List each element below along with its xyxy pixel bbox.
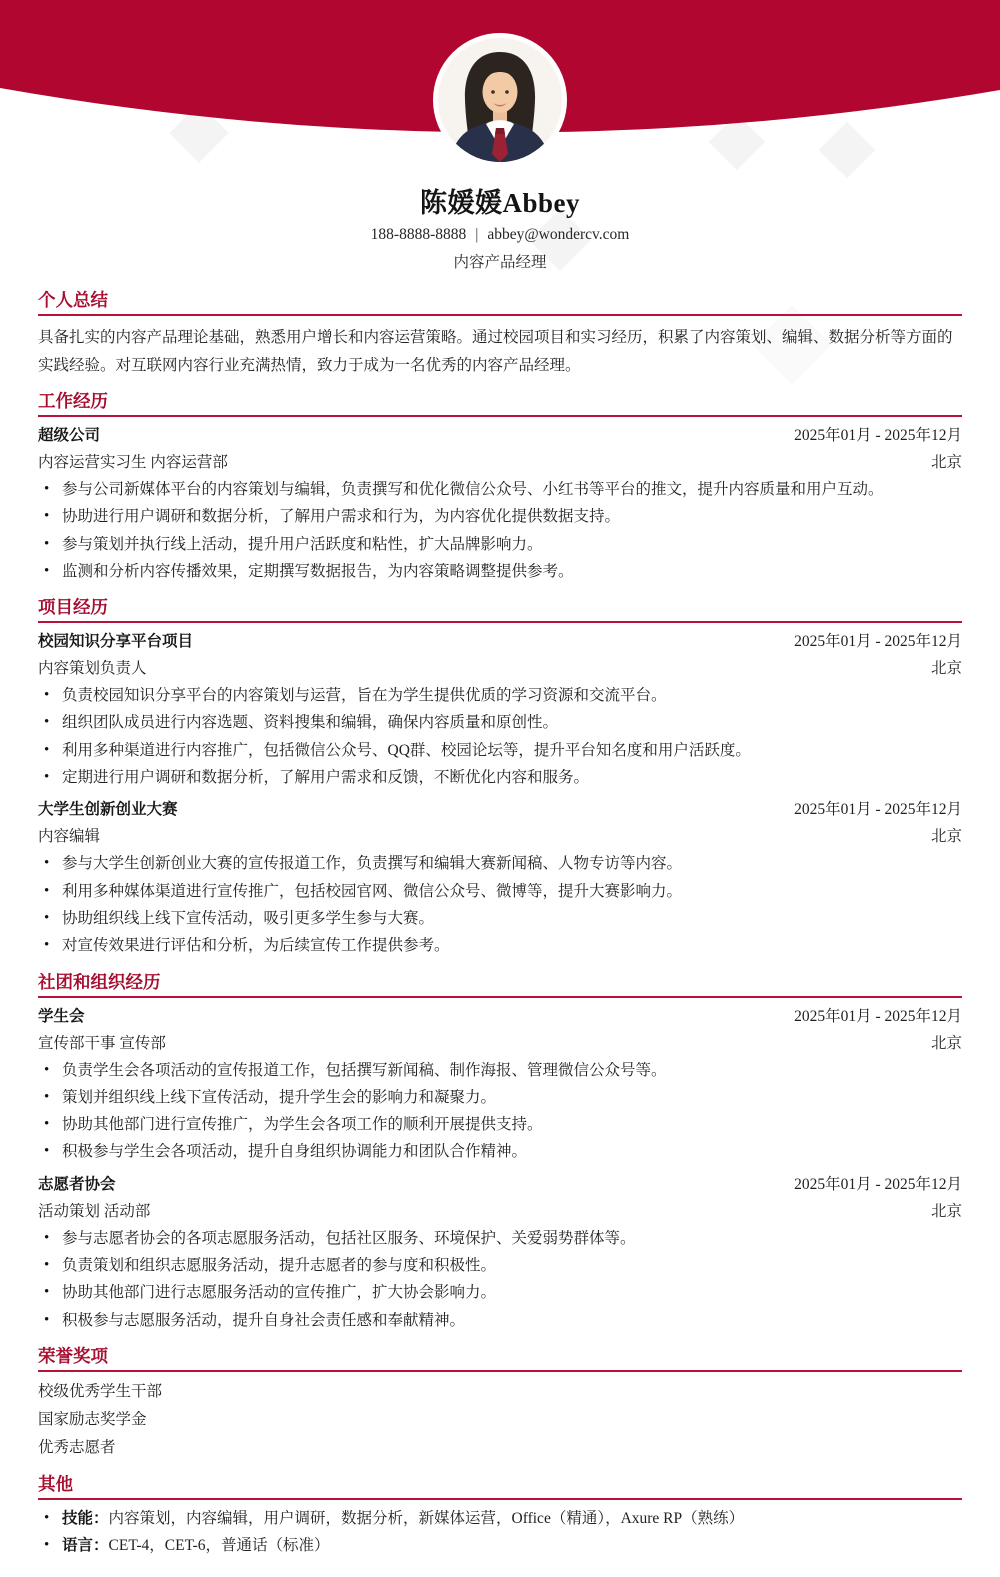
entry-role: 活动策划 活动部 — [38, 1198, 150, 1225]
bullet-item: 参与大学生创新创业大赛的宣传报道工作，负责撰写和编辑大赛新闻稿、人物专访等内容。 — [38, 850, 962, 877]
bullet-item: 协助进行用户调研和数据分析，了解用户需求和行为，为内容优化提供数据支持。 — [38, 503, 962, 530]
summary-text: 具备扎实的内容产品理论基础，熟悉用户增长和内容运营策略。通过校园项目和实习经历，… — [38, 324, 962, 379]
skill-text: 内容策划，内容编辑，用户调研，数据分析，新媒体运营，Office（精通），Axu… — [109, 1510, 745, 1527]
skill-label: 技能： — [62, 1510, 109, 1527]
entry-location: 北京 — [931, 449, 962, 476]
bullet-item: 策划并组织线上线下宣传活动，提升学生会的影响力和凝聚力。 — [38, 1084, 962, 1111]
target-job-title: 内容产品经理 — [0, 250, 1000, 272]
entry-head-row: 大学生创新创业大赛 2025年01月 - 2025年12月 — [38, 796, 962, 823]
section-projects: 项目经历 校园知识分享平台项目 2025年01月 - 2025年12月 内容策划… — [38, 597, 962, 959]
language-text: CET-4，CET-6，普通话（标准） — [109, 1537, 330, 1554]
phone-number: 188-8888-8888 — [371, 226, 467, 243]
skill-item: 技能：内容策划，内容编辑，用户调研，数据分析，新媒体运营，Office（精通），… — [38, 1505, 962, 1532]
bullet-item: 定期进行用户调研和数据分析，了解用户需求和反馈，不断优化内容和服务。 — [38, 764, 962, 791]
work-entry: 超级公司 2025年01月 - 2025年12月 内容运营实习生 内容运营部 北… — [38, 422, 962, 585]
entry-sub-row: 内容策划负责人 北京 — [38, 655, 962, 682]
honor-item: 校级优秀学生干部 — [38, 1378, 962, 1406]
entry-org: 校园知识分享平台项目 — [38, 628, 193, 655]
entry-location: 北京 — [931, 1030, 962, 1057]
contact-separator: | — [475, 226, 478, 243]
entry-org: 大学生创新创业大赛 — [38, 796, 178, 823]
bullet-list: 参与公司新媒体平台的内容策划与编辑，负责撰写和优化微信公众号、小红书等平台的推文… — [38, 476, 962, 585]
bullet-list: 参与志愿者协会的各项志愿服务活动，包括社区服务、环境保护、关爱弱势群体等。 负责… — [38, 1225, 962, 1334]
entry-head-row: 校园知识分享平台项目 2025年01月 - 2025年12月 — [38, 628, 962, 655]
contact-line: 188-8888-8888|abbey@wondercv.com — [0, 226, 1000, 244]
bullet-item: 监测和分析内容传播效果，定期撰写数据报告，为内容策略调整提供参考。 — [38, 558, 962, 585]
section-organizations: 社团和组织经历 学生会 2025年01月 - 2025年12月 宣传部干事 宣传… — [38, 972, 962, 1334]
section-title: 个人总结 — [38, 290, 962, 316]
bullet-item: 积极参与学生会各项活动，提升自身组织协调能力和团队合作精神。 — [38, 1138, 962, 1165]
entry-role: 内容编辑 — [38, 823, 100, 850]
avatar-illustration — [438, 38, 562, 162]
bullet-item: 负责校园知识分享平台的内容策划与运营，旨在为学生提供优质的学习资源和交流平台。 — [38, 682, 962, 709]
entry-org: 学生会 — [38, 1003, 85, 1030]
bullet-item: 积极参与志愿服务活动，提升自身社会责任感和奉献精神。 — [38, 1307, 962, 1334]
entry-sub-row: 内容编辑 北京 — [38, 823, 962, 850]
bullet-item: 协助其他部门进行宣传推广，为学生会各项工作的顺利开展提供支持。 — [38, 1111, 962, 1138]
section-title: 其他 — [38, 1474, 962, 1500]
entry-role: 内容运营实习生 内容运营部 — [38, 449, 228, 476]
section-honors: 荣誉奖项 校级优秀学生干部 国家励志奖学金 优秀志愿者 — [38, 1346, 962, 1462]
section-title: 社团和组织经历 — [38, 972, 962, 998]
bullet-item: 利用多种媒体渠道进行宣传推广，包括校园官网、微信公众号、微博等，提升大赛影响力。 — [38, 878, 962, 905]
honor-item: 国家励志奖学金 — [38, 1406, 962, 1434]
entry-head-row: 超级公司 2025年01月 - 2025年12月 — [38, 422, 962, 449]
email-address: abbey@wondercv.com — [487, 226, 629, 243]
section-title: 工作经历 — [38, 391, 962, 417]
honors-list: 校级优秀学生干部 国家励志奖学金 优秀志愿者 — [38, 1378, 962, 1462]
organization-entry: 志愿者协会 2025年01月 - 2025年12月 活动策划 活动部 北京 参与… — [38, 1171, 962, 1334]
entry-sub-row: 内容运营实习生 内容运营部 北京 — [38, 449, 962, 476]
entry-sub-row: 宣传部干事 宣传部 北京 — [38, 1030, 962, 1057]
language-label: 语言： — [62, 1537, 109, 1554]
entry-location: 北京 — [931, 823, 962, 850]
entry-date: 2025年01月 - 2025年12月 — [794, 1003, 962, 1030]
other-list: 技能：内容策划，内容编辑，用户调研，数据分析，新媒体运营，Office（精通），… — [38, 1505, 962, 1560]
project-entry: 大学生创新创业大赛 2025年01月 - 2025年12月 内容编辑 北京 参与… — [38, 796, 962, 959]
entry-head-row: 学生会 2025年01月 - 2025年12月 — [38, 1003, 962, 1030]
honor-item: 优秀志愿者 — [38, 1434, 962, 1462]
entry-org: 志愿者协会 — [38, 1171, 116, 1198]
bullet-item: 参与策划并执行线上活动，提升用户活跃度和粘性，扩大品牌影响力。 — [38, 531, 962, 558]
bullet-item: 参与公司新媒体平台的内容策划与编辑，负责撰写和优化微信公众号、小红书等平台的推文… — [38, 476, 962, 503]
bullet-item: 对宣传效果进行评估和分析，为后续宣传工作提供参考。 — [38, 932, 962, 959]
entry-date: 2025年01月 - 2025年12月 — [794, 1171, 962, 1198]
entry-date: 2025年01月 - 2025年12月 — [794, 796, 962, 823]
section-other: 其他 技能：内容策划，内容编辑，用户调研，数据分析，新媒体运营，Office（精… — [38, 1474, 962, 1560]
profile-photo — [433, 33, 567, 167]
bullet-item: 协助其他部门进行志愿服务活动的宣传推广，扩大协会影响力。 — [38, 1279, 962, 1306]
entry-head-row: 志愿者协会 2025年01月 - 2025年12月 — [38, 1171, 962, 1198]
bullet-list: 负责学生会各项活动的宣传报道工作，包括撰写新闻稿、制作海报、管理微信公众号等。 … — [38, 1057, 962, 1166]
entry-sub-row: 活动策划 活动部 北京 — [38, 1198, 962, 1225]
bullet-item: 利用多种渠道进行内容推广，包括微信公众号、QQ群、校园论坛等，提升平台知名度和用… — [38, 737, 962, 764]
entry-role: 内容策划负责人 — [38, 655, 147, 682]
entry-org: 超级公司 — [38, 422, 100, 449]
bullet-list: 参与大学生创新创业大赛的宣传报道工作，负责撰写和编辑大赛新闻稿、人物专访等内容。… — [38, 850, 962, 959]
entry-location: 北京 — [931, 655, 962, 682]
bullet-item: 组织团队成员进行内容选题、资料搜集和编辑，确保内容质量和原创性。 — [38, 709, 962, 736]
resume-page: 陈媛媛Abbey 188-8888-8888|abbey@wondercv.co… — [0, 0, 1000, 1577]
bullet-list: 负责校园知识分享平台的内容策划与运营，旨在为学生提供优质的学习资源和交流平台。 … — [38, 682, 962, 791]
bullet-item: 协助组织线上线下宣传活动，吸引更多学生参与大赛。 — [38, 905, 962, 932]
entry-role: 宣传部干事 宣传部 — [38, 1030, 166, 1057]
project-entry: 校园知识分享平台项目 2025年01月 - 2025年12月 内容策划负责人 北… — [38, 628, 962, 791]
bullet-item: 负责学生会各项活动的宣传报道工作，包括撰写新闻稿、制作海报、管理微信公众号等。 — [38, 1057, 962, 1084]
language-item: 语言：CET-4，CET-6，普通话（标准） — [38, 1532, 962, 1559]
organization-entry: 学生会 2025年01月 - 2025年12月 宣传部干事 宣传部 北京 负责学… — [38, 1003, 962, 1166]
entry-location: 北京 — [931, 1198, 962, 1225]
bullet-item: 参与志愿者协会的各项志愿服务活动，包括社区服务、环境保护、关爱弱势群体等。 — [38, 1225, 962, 1252]
entry-date: 2025年01月 - 2025年12月 — [794, 628, 962, 655]
section-title: 项目经历 — [38, 597, 962, 623]
section-work: 工作经历 超级公司 2025年01月 - 2025年12月 内容运营实习生 内容… — [38, 391, 962, 585]
section-title: 荣誉奖项 — [38, 1346, 962, 1372]
section-summary: 个人总结 具备扎实的内容产品理论基础，熟悉用户增长和内容运营策略。通过校园项目和… — [38, 290, 962, 379]
candidate-name: 陈媛媛Abbey — [0, 181, 1000, 220]
bullet-item: 负责策划和组织志愿服务活动，提升志愿者的参与度和积极性。 — [38, 1252, 962, 1279]
entry-date: 2025年01月 - 2025年12月 — [794, 422, 962, 449]
